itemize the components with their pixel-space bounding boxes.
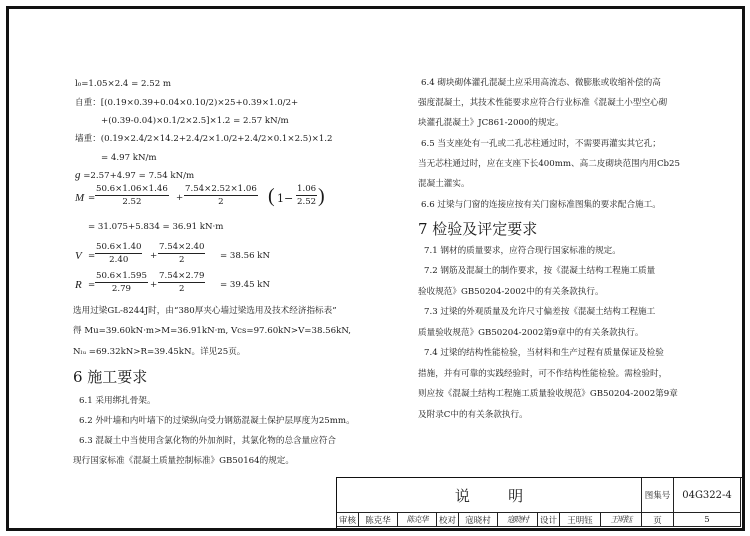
self-weight-line-1: 自重：[(0.19×0.39+0.04×0.10/2)×25+0.39×1.0/… xyxy=(75,98,298,109)
checker-name: 寇晓村 xyxy=(459,513,498,527)
V-fraction-1: 50.6×1.40 2.40 xyxy=(95,242,142,265)
section-6-title: 6 施工要求 xyxy=(73,368,147,386)
title-block: 说 明 图集号 04G322-4 审核 陈克华 陈克华 校对 寇晓村 寇晓村 设… xyxy=(336,477,742,528)
atlas-number: 04G322-4 xyxy=(674,478,741,513)
review-label: 审核 xyxy=(337,513,359,527)
clause-6-5-line-3: 混凝土灌实。 xyxy=(418,179,470,190)
R-fraction-2: 7.54×2.79 2 xyxy=(158,271,205,294)
M-frac1-numerator: 50.6×1.06×1.46 xyxy=(95,184,169,196)
clause-6-4-line-1: 6.4 砌块砌体灌孔混凝土应采用高流态、微膨胀或收缩补偿的高 xyxy=(421,78,661,89)
page-number: 5 xyxy=(674,513,741,527)
clause-6-3-line-1: 6.3 混凝土中当使用含氯化物的外加剂时，其氯化物的总含量应符合 xyxy=(79,436,336,447)
clause-6-5-line-1: 6.5 当支座处有一孔或二孔芯柱通过时，不需要再灌实其它孔； xyxy=(421,139,661,150)
R-frac2-denominator: 2 xyxy=(179,283,184,294)
capacity-check-line: 得 Mu=39.60kN·m>M=36.91kN·m, Vcs=97.60kN>… xyxy=(73,326,351,337)
wall-weight-line-2: = 4.97 kN/m xyxy=(101,153,157,164)
designer-signature: 王明钰 xyxy=(601,513,642,527)
V-frac2-denominator: 2 xyxy=(179,254,184,265)
page-label: 页 xyxy=(642,513,674,527)
clause-7-4-line-1: 7.4 过梁的结构性能检验，当材料和生产过程有质量保证及检验 xyxy=(424,348,664,359)
self-weight-line-2: +(0.39-0.04)×0.1/2×2.5]×1.2 = 2.57 kN/m xyxy=(101,116,289,127)
M-frac1-denominator: 2.52 xyxy=(122,196,141,207)
plus-sign: + xyxy=(150,280,157,291)
reviewer-name: 陈克华 xyxy=(359,513,398,527)
V-symbol: V xyxy=(75,251,82,262)
V-frac2-numerator: 7.54×2.40 xyxy=(158,242,205,254)
V-result: = 38.56 kN xyxy=(220,251,270,262)
clause-7-2-line-1: 7.2 钢筋及混凝土的制作要求，按《混凝土结构工程施工质量 xyxy=(424,266,655,277)
clause-7-1: 7.1 钢材的质量要求，应符合现行国家标准的规定。 xyxy=(424,246,621,257)
check-label: 校对 xyxy=(437,513,459,527)
R-symbol: R xyxy=(75,280,82,291)
M-symbol: M xyxy=(75,193,84,204)
close-paren: ) xyxy=(318,185,325,207)
clause-6-5-line-2: 当无芯柱通过时，应在支座下长400mm、高二皮砌块范围内用Cb25 xyxy=(418,159,680,170)
drawing-title: 说 明 xyxy=(337,478,642,513)
reviewer-signature: 陈克华 xyxy=(398,513,437,527)
beam-selection-line: 选用过梁GL-8244J时，由“380厚夹心墙过梁选用及技术经济指标表” xyxy=(73,306,337,317)
R-frac2-numerator: 7.54×2.79 xyxy=(158,271,205,283)
local-bearing-line: Nₗᵤ =69.32kN>R=39.45kN。详见25页。 xyxy=(73,347,245,358)
M-result: = 31.075+5.834 = 36.91 kN·m xyxy=(88,222,223,233)
clause-6-4-line-2: 强度混凝土，其技术性能要求应符合行业标准《混凝土小型空心砌 xyxy=(418,98,667,109)
clause-7-4-line-4: 及附录C中的有关条款执行。 xyxy=(418,410,528,421)
g-line: g =2.57+4.97 = 7.54 kN/m xyxy=(75,170,194,182)
atlas-number-label: 图集号 xyxy=(642,478,674,513)
M-frac2-numerator: 7.54×2.52×1.06 xyxy=(184,184,258,196)
clause-7-3-line-2: 质量验收规范》GB50204-2002第9章中的有关条款执行。 xyxy=(418,328,643,339)
V-frac1-numerator: 50.6×1.40 xyxy=(95,242,142,254)
clause-6-2: 6.2 外叶墙和内叶墙下的过梁纵向受力钢筋混凝土保护层厚度为25mm。 xyxy=(79,416,355,427)
R-frac1-denominator: 2.79 xyxy=(112,283,131,294)
wall-weight-line-1: 墙重：(0.19×2.4/2×14.2+2.4/2×1.0/2+2.4/2×0.… xyxy=(75,134,332,145)
clause-7-2-line-2: 验收规范》GB50204-2002中的有关条款执行。 xyxy=(418,287,604,298)
clause-7-4-line-2: 措施，并有可靠的实践经验时，可不作结构性能检验。需检验时， xyxy=(418,369,667,380)
M-fraction-2: 7.54×2.52×1.06 2 xyxy=(184,184,258,207)
g-symbol: g xyxy=(75,169,81,181)
design-label: 设计 xyxy=(538,513,560,527)
open-paren: ( xyxy=(268,185,275,207)
V-frac1-denominator: 2.40 xyxy=(109,254,128,265)
M-frac2-denominator: 2 xyxy=(218,196,223,207)
V-fraction-2: 7.54×2.40 2 xyxy=(158,242,205,265)
one-minus: 1− xyxy=(277,193,293,204)
g-value: =2.57+4.97 = 7.54 kN/m xyxy=(83,171,194,181)
clause-6-4-line-3: 块灌孔混凝土》JC861-2000的规定。 xyxy=(418,118,564,129)
clause-7-4-line-3: 则应按《混凝土结构工程施工质量验收规范》GB50204-2002第9章 xyxy=(418,389,678,400)
M-frac3-denominator: 2.52 xyxy=(297,196,316,207)
clause-7-3-line-1: 7.3 过梁的外观质量及允许尺寸偏差按《混凝土结构工程施工 xyxy=(424,307,655,318)
M-fraction-1: 50.6×1.06×1.46 2.52 xyxy=(95,184,169,207)
R-fraction-1: 50.6×1.595 2.79 xyxy=(95,271,148,294)
clause-6-1: 6.1 采用绑扎骨架。 xyxy=(79,396,156,407)
R-result: = 39.45 kN xyxy=(220,280,270,291)
M-fraction-3: 1.06 2.52 xyxy=(296,184,317,207)
M-frac3-numerator: 1.06 xyxy=(296,184,317,196)
designer-name: 王明钰 xyxy=(560,513,601,527)
plus-sign: + xyxy=(176,193,183,204)
effective-span-line: l₀=1.05×2.4 = 2.52 m xyxy=(75,79,171,90)
section-7-title: 7 检验及评定要求 xyxy=(418,220,537,238)
clause-6-6: 6.6 过梁与门窗的连接应按有关门窗标准图集的要求配合施工。 xyxy=(421,200,661,211)
checker-signature: 寇晓村 xyxy=(498,513,538,527)
clause-6-3-line-2: 现行国家标准《混凝土质量控制标准》GB50164的规定。 xyxy=(73,456,294,467)
plus-sign: + xyxy=(150,251,157,262)
R-frac1-numerator: 50.6×1.595 xyxy=(95,271,148,283)
